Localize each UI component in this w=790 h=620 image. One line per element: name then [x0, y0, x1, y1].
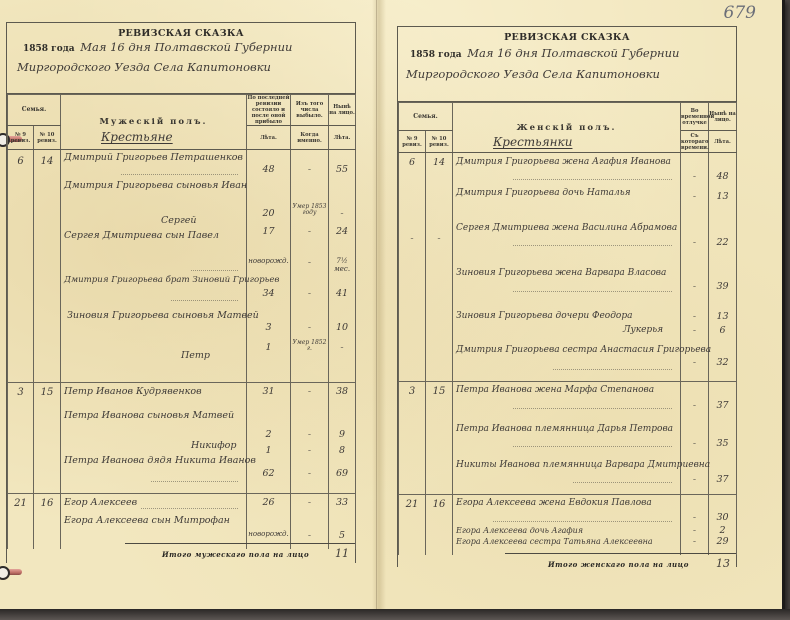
- entry-name: Егор Алексеев: [64, 497, 137, 508]
- family-num-prev: 6: [8, 150, 34, 383]
- category-label: Крестьянки: [493, 135, 572, 149]
- entry-name: Егора Алексеева сын Митрофан: [64, 515, 230, 526]
- entry-name: Зиновия Григорьева жена Варвара Власова: [456, 268, 666, 278]
- total-label: Итого мужескаго пола на лицо: [162, 550, 309, 559]
- entry-name: Сергея Дмитриева сын Павел: [64, 230, 219, 241]
- date-place-text: Мая 16 дня Полтавской Губернии: [80, 40, 292, 54]
- family-row: 6 14 Крестьяне Дмитрий Григорьев Петраше…: [8, 150, 356, 383]
- family-num-curr: 15: [34, 383, 61, 494]
- book-gutter: [372, 0, 386, 609]
- entry-name: Никифор: [191, 440, 236, 451]
- entry-name: Егора Алексеева дочь Агафия: [456, 526, 583, 535]
- family-num-prev: 3: [8, 383, 34, 494]
- category-label: Крестьяне: [101, 130, 173, 144]
- scan-frame-edge: [0, 609, 790, 620]
- column-num-prev: № 9 ревиз.: [399, 131, 426, 153]
- column-prev-revision: По последней ревизии состояло и после он…: [247, 95, 291, 126]
- left-page: РЕВИЗСКАЯ СКАЗКА 1858 года Мая 16 дня По…: [0, 0, 372, 609]
- entry-name: Лукерья: [623, 325, 663, 335]
- column-num-curr: № 10 ревиз.: [426, 131, 453, 153]
- year-label: 1858 года: [23, 44, 75, 54]
- column-when: Когда именно.: [291, 126, 329, 150]
- family-num-prev: 21: [8, 494, 34, 550]
- entry-name: Петра Иванова сыновья Матвей: [64, 410, 234, 421]
- entry-name: Петр: [181, 350, 210, 361]
- family-num-prev: 3: [399, 382, 426, 495]
- entry-name: Петра Иванова жена Марфа Степанова: [456, 385, 654, 395]
- family-row: 21 16 Егора Алексеева жена Евдокия Павло…: [399, 495, 737, 556]
- family-row: 3 15 Петра Иванова жена Марфа Степанова …: [399, 382, 737, 495]
- date-place-text: Мая 16 дня Полтавской Губернии: [467, 46, 679, 60]
- entry-name: Зиновия Григорьева дочери Феодора: [456, 311, 632, 321]
- year-label: 1858 года: [410, 50, 462, 60]
- column-num-prev: № 9 ревиз.: [8, 126, 34, 150]
- total-value: 11: [335, 547, 349, 560]
- family-num-curr: 14: [34, 150, 61, 383]
- family-num-prev: 6 -: [399, 153, 426, 382]
- entry-name: Дмитрия Григорьева сестра Анастасия Григ…: [456, 345, 711, 355]
- prev-age-cell: 48 20 17 новорожд. 34 3 1: [247, 150, 291, 383]
- entry-name: Сергей: [161, 215, 197, 226]
- entry-name: Зиновия Григорьева сыновья Матвей: [67, 310, 259, 321]
- title-block: РЕВИЗСКАЯ СКАЗКА 1858 года Мая 16 дня По…: [7, 23, 355, 94]
- family-num-curr: 16: [426, 495, 453, 556]
- entry-name: Егора Алексеева жена Евдокия Павлова: [456, 498, 652, 508]
- entry-name: Петра Иванова дядя Никита Иванов: [64, 455, 256, 466]
- column-prev-years: Лѣта.: [247, 126, 291, 150]
- family-entries: Крестьяне Дмитрий Григорьев Петрашенков …: [61, 150, 247, 383]
- entry-name: Дмитрия Григорьева сыновья Иван: [64, 180, 247, 191]
- total-divider: [125, 543, 355, 544]
- document-spread: РЕВИЗСКАЯ СКАЗКА 1858 года Мая 16 дня По…: [0, 0, 785, 612]
- female-register-table: Семья. Женскій полъ. Во временной отлучк…: [398, 102, 737, 555]
- header-line-2: Миргородского Уезда Села Капитоновки: [406, 67, 660, 81]
- entry-name: Сергея Дмитриева жена Василина Абрамова: [456, 223, 677, 233]
- header-line-1: 1858 года Мая 16 дня Полтавской Губернии: [410, 46, 679, 60]
- departed-cell: - Умер 1853 году - - - - Умер 1852 г.: [291, 150, 329, 383]
- column-family: Семья.: [8, 95, 61, 126]
- binding-clip-icon: [0, 569, 22, 575]
- header-line-1: 1858 года Мая 16 дня Полтавской Губернии: [23, 40, 292, 54]
- folio-number: 679: [724, 3, 756, 23]
- family-row: 3 15 Петр Иванов Кудрявенков Петра Ивано…: [8, 383, 356, 494]
- form-title: РЕВИЗСКАЯ СКАЗКА: [7, 28, 355, 39]
- family-num-curr: 15: [426, 382, 453, 495]
- column-family: Семья.: [399, 103, 453, 131]
- column-absent: Во временной отлучке: [681, 103, 709, 131]
- family-num-curr: 16: [34, 494, 61, 550]
- column-present: Нынѣ на лицо.: [329, 95, 356, 126]
- column-present-years: Лѣта.: [329, 126, 356, 150]
- column-present-years: Лѣта.: [709, 131, 737, 153]
- form-title: РЕВИЗСКАЯ СКАЗКА: [398, 32, 736, 43]
- male-register-table: Семья. Мужескій полъ. По последней ревиз…: [7, 94, 356, 549]
- present-age-cell: 55 - 24 7½ мес. 41 10 -: [329, 150, 356, 383]
- column-departed: Изъ того числа выбыло.: [291, 95, 329, 126]
- family-num-prev: 21: [399, 495, 426, 556]
- entry-name: Дмитрий Григорьев Петрашенков: [64, 152, 243, 163]
- form-sheet: РЕВИЗСКАЯ СКАЗКА 1858 года Мая 16 дня По…: [397, 26, 737, 567]
- entry-name: Егора Алексеева сестра Татьяна Алексеевн…: [456, 537, 653, 546]
- entry-name: Дмитрия Григорьева жена Агафия Иванова: [456, 157, 671, 167]
- entry-name: Никиты Иванова племянница Варвара Дмитри…: [456, 460, 710, 470]
- title-block: РЕВИЗСКАЯ СКАЗКА 1858 года Мая 16 дня По…: [398, 27, 736, 102]
- column-since-when: Съ котораго времени.: [681, 131, 709, 153]
- total-label: Итого женскаго пола на лицо: [548, 560, 689, 569]
- entry-name: Дмитрия Григорьева дочь Наталья: [456, 188, 631, 198]
- entry-name: Петра Иванова племянница Дарья Петрова: [456, 424, 673, 434]
- total-divider: [505, 553, 736, 554]
- header-line-2: Миргородского Уезда Села Капитоновки: [17, 60, 271, 74]
- column-num-curr: № 10 ревиз.: [34, 126, 61, 150]
- family-row: 21 16 Егор Алексеев Егора Алексеева сын …: [8, 494, 356, 550]
- gutter-fold: [376, 0, 377, 609]
- right-page: 679 РЕВИЗСКАЯ СКАЗКА 1858 года Мая 16 дн…: [386, 0, 782, 609]
- form-sheet: РЕВИЗСКАЯ СКАЗКА 1858 года Мая 16 дня По…: [6, 22, 356, 563]
- total-value: 13: [716, 557, 730, 570]
- family-num-curr: 14 -: [426, 153, 453, 382]
- family-row: 6 - 14 - Крестьянки: [399, 153, 737, 382]
- entry-name: Петр Иванов Кудрявенков: [64, 386, 202, 397]
